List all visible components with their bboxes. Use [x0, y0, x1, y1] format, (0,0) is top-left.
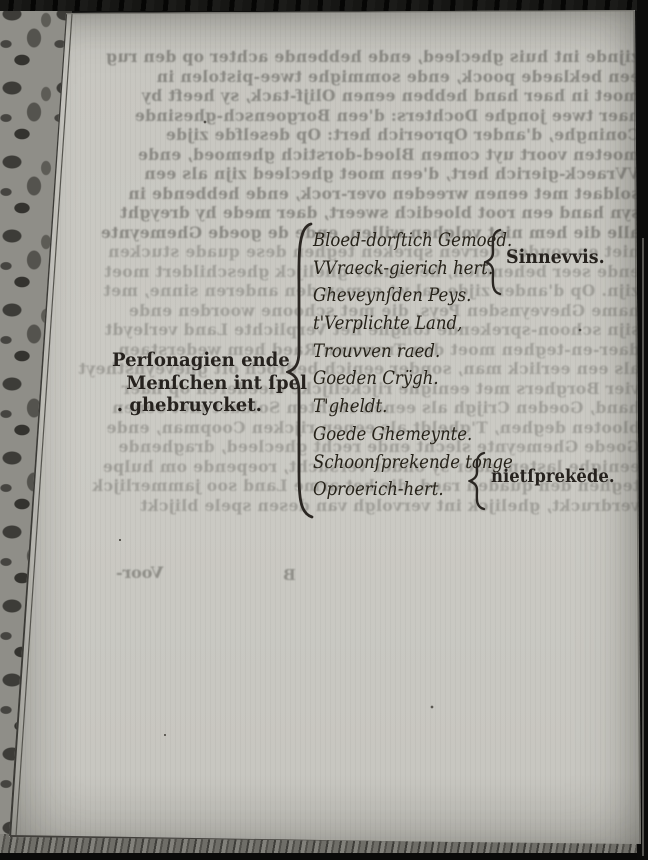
character-name: Bloed-dorſtich Gemoed.: [313, 227, 513, 255]
bleedthrough-line: moet in haer hand hebben eenen Olijf-tac…: [92, 86, 640, 106]
group-brace-nietsprekende: [468, 451, 488, 511]
bleedthrough-line: haer twee jonghe Dochters: d'een Borgoen…: [92, 106, 640, 126]
character-name: Trouvven raed.: [313, 338, 513, 366]
book-scan-photo: zijnde int huis ghecleed, ende hebbende …: [0, 0, 648, 860]
character-name: t'Verplichte Land,: [313, 310, 513, 338]
adjacent-page-edge: [642, 238, 644, 856]
bleedthrough-line: Coninghe, d'ander Oproerich hert: Op des…: [92, 125, 640, 145]
heading-line: Perſonagien ende: [112, 349, 307, 372]
character-name: Goeden Crÿgh.: [313, 365, 513, 393]
character-name: Gheveynſden Peys.: [313, 282, 513, 310]
heading-line: Menſchen int ſpel: [126, 372, 307, 395]
group-label-nietsprekende: nietſprekēde.: [491, 467, 615, 487]
bleedthrough-line: soldaet met eenen wreeden over-rock, end…: [92, 184, 640, 204]
heading-line: . ghebruycket.: [117, 394, 307, 417]
backdrop-bottom: [0, 853, 648, 860]
bleedthrough-signature-mark: B: [283, 566, 296, 584]
main-group-brace: [286, 221, 316, 521]
group-label-sinnevvis: Sinnevvis.: [506, 246, 605, 268]
bleedthrough-line: zijnde int huis ghecleed, ende hebbende …: [92, 47, 640, 67]
dramatis-personae-heading: Perſonagien ende Menſchen int ſpel . ghe…: [112, 349, 307, 417]
backdrop-top: [0, 0, 648, 11]
bleedthrough-line: VVraeck-gierich hert, d'een moet gheclee…: [92, 164, 640, 184]
bleedthrough-line: syn hand een root bloedich sweert, daer …: [92, 203, 640, 223]
bleedthrough-line: een beklaede poock, ende sommighe twee-p…: [92, 67, 640, 87]
bleedthrough-line: moeten voort uyt comen Bloed-dorstich gh…: [92, 145, 640, 165]
group-brace-sinnevvis: [484, 228, 504, 296]
character-name: Goede Ghemeynte.: [313, 421, 513, 449]
bleedthrough-text-upper: zijnde int huis ghecleed, ende hebbende …: [92, 47, 640, 242]
book-page: zijnde int huis ghecleed, ende hebbende …: [0, 0, 648, 860]
bleedthrough-catchword: Voor-: [116, 563, 163, 582]
character-name: T'gheldt.: [313, 393, 513, 421]
character-name: VVraeck-gierich hert.: [313, 255, 513, 283]
